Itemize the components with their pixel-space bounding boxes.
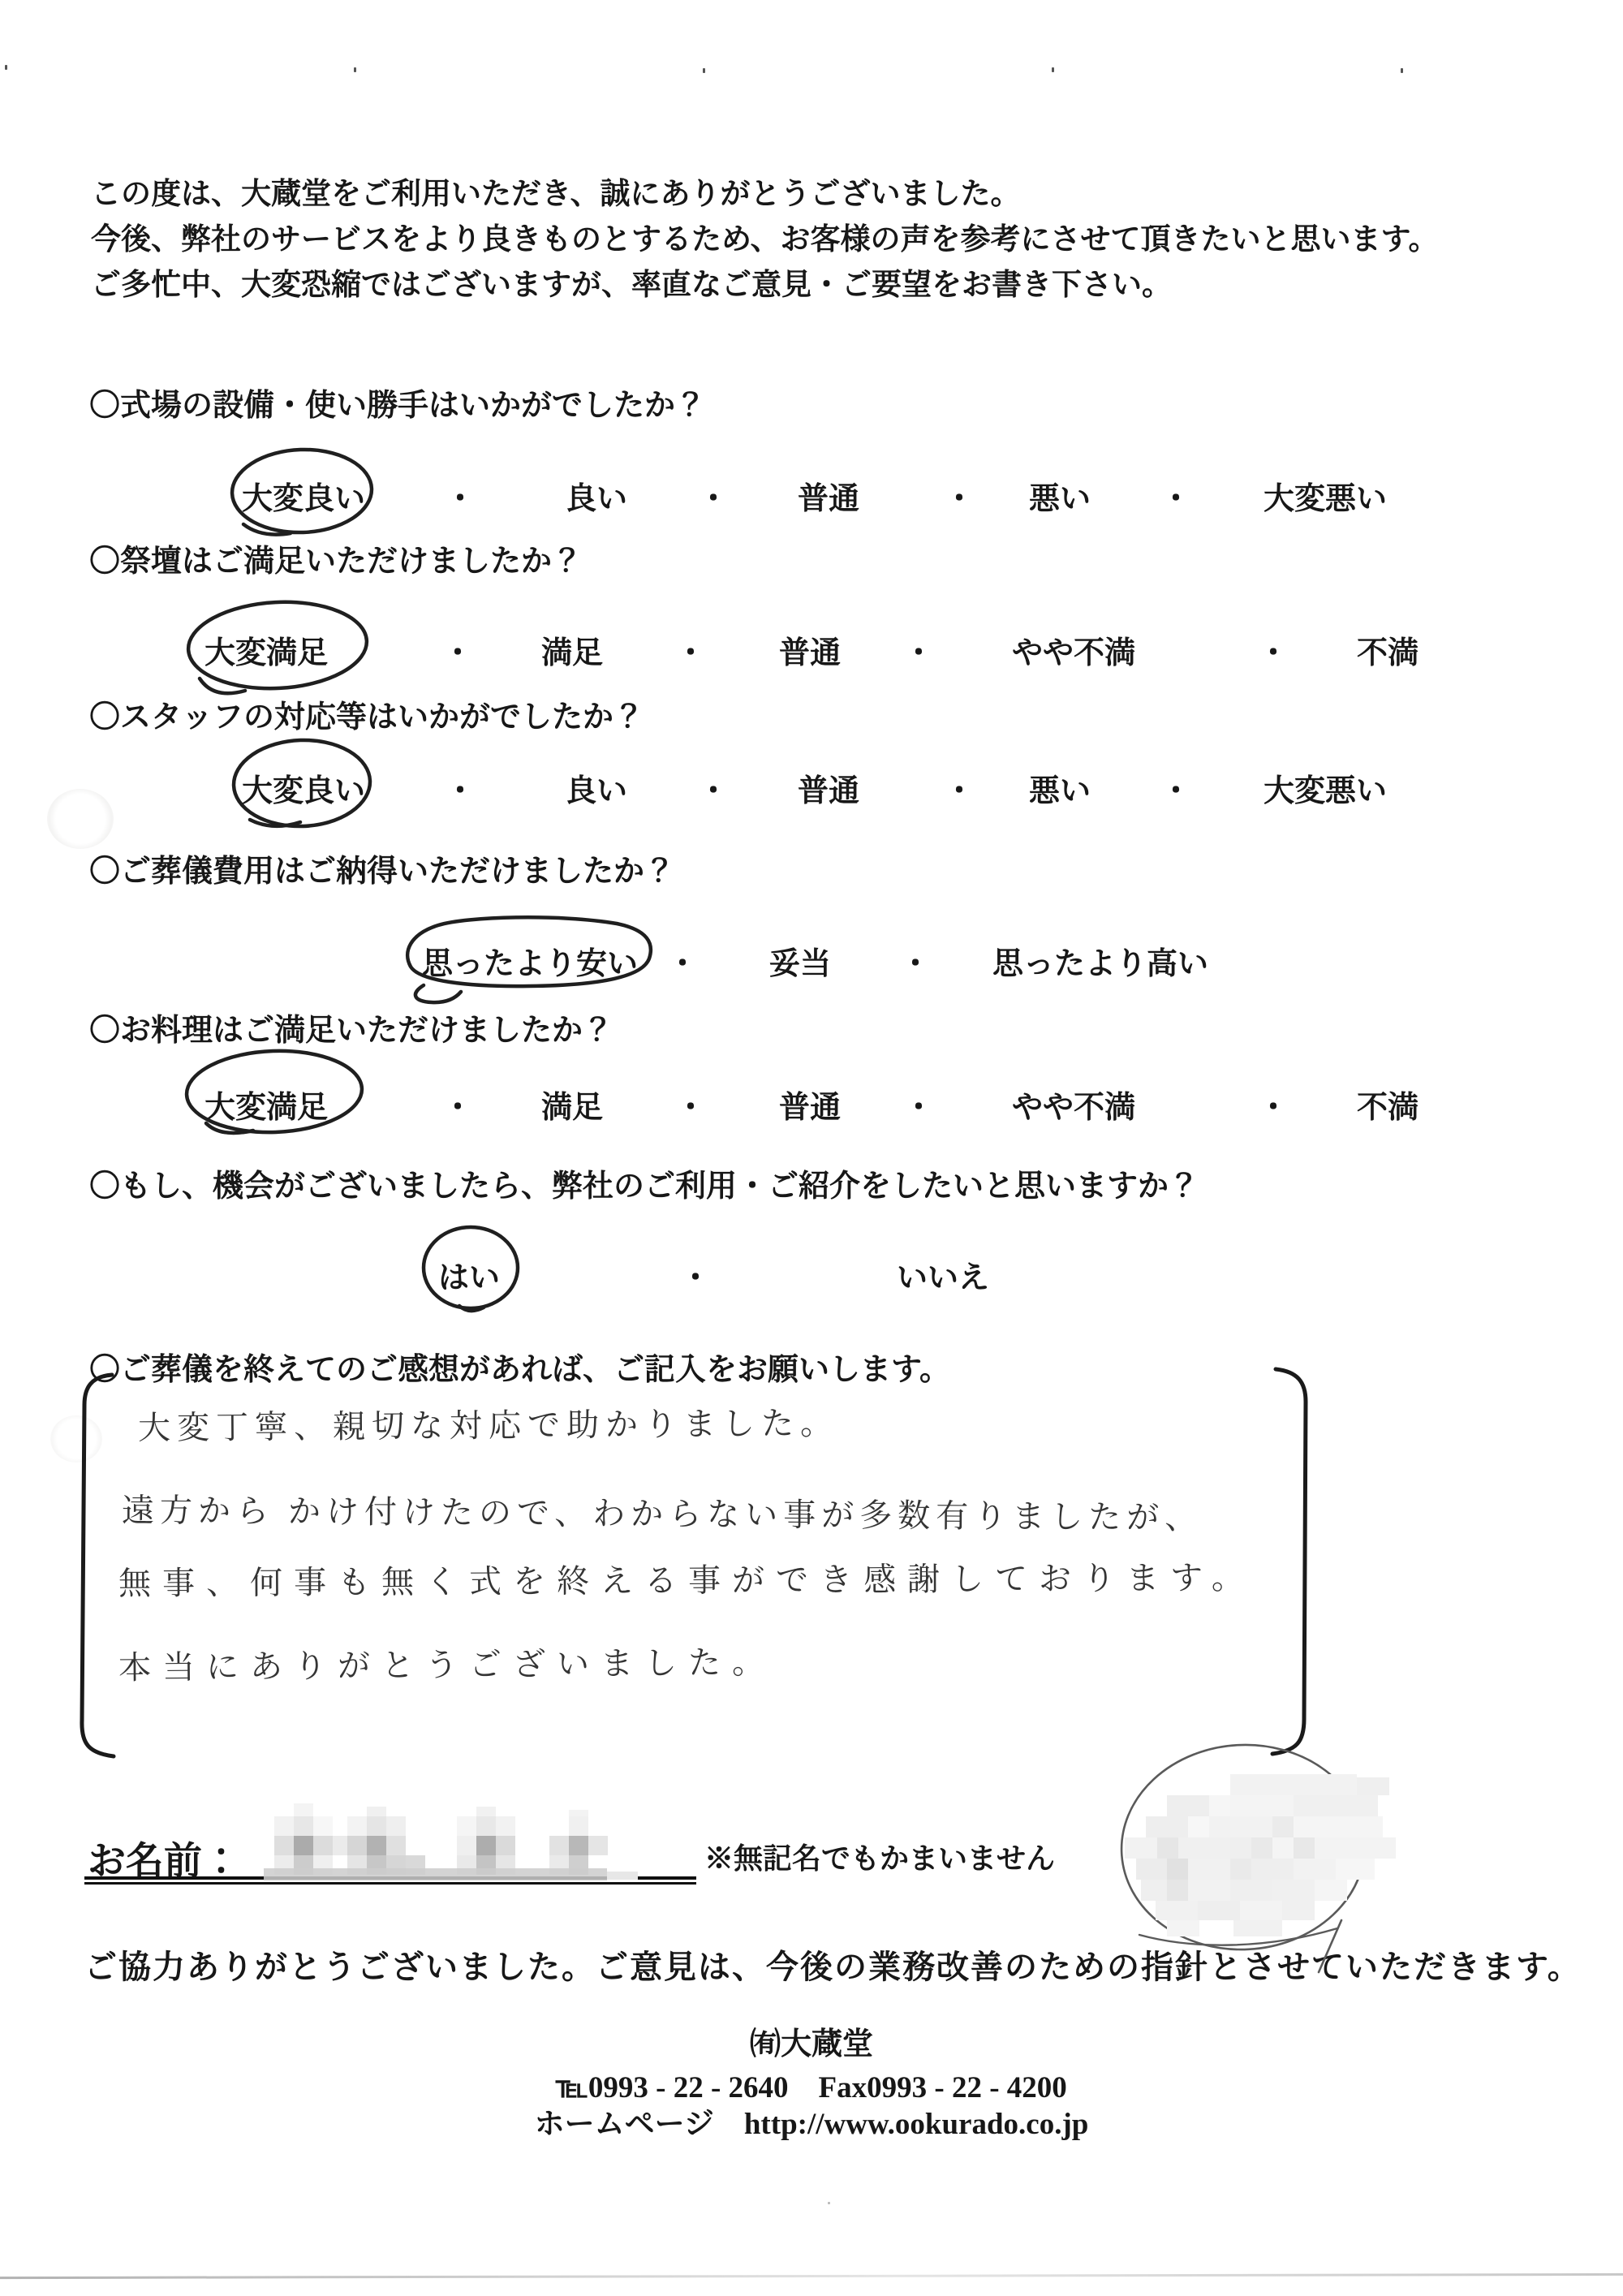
option-separator: ・ [698, 765, 729, 810]
q3-option: 悪い [1029, 765, 1091, 810]
q2-option: 不満 [1357, 627, 1419, 672]
q4-option: 妥当 [769, 938, 831, 983]
q2-option-selected: 大変満足 [204, 627, 328, 672]
q2-option: 満足 [541, 627, 603, 672]
scan-speckle [354, 67, 356, 72]
question-3-heading: 〇スタッフの対応等はいかがでしたか？ [89, 691, 644, 736]
q1-option: 大変悪い [1264, 473, 1387, 518]
question-5-heading: 〇お料理はご満足いただけましたか？ [89, 1005, 613, 1049]
q6-option-selected: はい [438, 1252, 500, 1297]
scan-speckle [1401, 68, 1403, 73]
q5-option: 不満 [1357, 1082, 1419, 1126]
footer-company: ㈲大蔵堂 [0, 2018, 1623, 2063]
intro-line-3: ご多忙中、大変恐縮ではございますが、率直なご意見・ご要望をお書き下さい。 [91, 263, 1439, 308]
option-separator: ・ [442, 627, 473, 672]
q3-option: 良い [566, 765, 627, 810]
option-separator: ・ [675, 1082, 706, 1126]
intro-paragraph: この度は、大蔵堂をご利用いただき、誠にありがとうございました。 今後、弊社のサー… [91, 172, 1439, 308]
handwritten-line-2: 遠方から かけ付けたので、わからない事が多数有りましたが、 [122, 1484, 1203, 1538]
option-separator: ・ [1160, 765, 1191, 810]
question-1-heading: 〇式場の設備・使い勝手はいかがでしたか？ [89, 380, 706, 424]
option-separator: ・ [944, 473, 975, 518]
q2-option: やや不満 [1012, 627, 1135, 672]
option-separator: ・ [1258, 1082, 1289, 1126]
q5-option-selected: 大変満足 [204, 1082, 328, 1126]
option-separator: ・ [1160, 473, 1191, 518]
q6-option: いいえ [897, 1252, 989, 1297]
option-separator: ・ [680, 1252, 711, 1297]
option-separator: ・ [445, 765, 476, 810]
intro-line-1: この度は、大蔵堂をご利用いただき、誠にありがとうございました。 [91, 172, 1439, 218]
option-separator: ・ [667, 938, 698, 983]
q1-option: 普通 [798, 473, 859, 518]
option-separator: ・ [445, 473, 476, 518]
option-separator: ・ [944, 765, 975, 810]
scanned-survey-page: この度は、大蔵堂をご利用いただき、誠にありがとうございました。 今後、弊社のサー… [0, 0, 1623, 2296]
q5-option: やや不満 [1012, 1082, 1135, 1126]
q4-option-selected: 思ったより安い [422, 938, 638, 983]
footer-homepage: ホームページ http://www.ookurado.co.jp [0, 2099, 1623, 2143]
q1-option: 悪い [1029, 473, 1091, 518]
option-separator: ・ [675, 627, 706, 672]
option-separator: ・ [903, 627, 934, 672]
q2-option: 普通 [779, 627, 841, 672]
q5-option: 普通 [779, 1082, 841, 1126]
option-separator: ・ [1258, 627, 1289, 672]
closing-line: ご協力ありがとうございました。ご意見は、今後の業務改善のための指針とさせていただ… [84, 1941, 1582, 1988]
q1-option: 良い [566, 473, 627, 518]
q1-option-selected: 大変良い [242, 473, 365, 518]
option-separator: ・ [442, 1082, 473, 1126]
option-separator: ・ [900, 938, 931, 983]
question-6-heading: 〇もし、機会がございましたら、弊社のご利用・ご紹介をしたいと思いますか？ [89, 1161, 1199, 1205]
handwritten-line-1: 大変丁寧、親切な対応で助かりました。 [138, 1398, 839, 1449]
question-2-heading: 〇祭壇はご満足いただけましたか？ [89, 536, 583, 580]
scan-speckle [1052, 67, 1054, 72]
q4-option: 思ったより高い [992, 938, 1208, 983]
question-7-heading: 〇ご葬儀を終えてのご感想があれば、ご記入をお願いします。 [89, 1344, 950, 1389]
q3-option-selected: 大変良い [242, 765, 365, 810]
option-separator: ・ [903, 1082, 934, 1126]
question-4-heading: 〇ご葬儀費用はご納得いただけましたか？ [89, 846, 675, 890]
option-separator: ・ [698, 473, 729, 518]
handwritten-line-4: 本当にありがとうございました。 [118, 1636, 776, 1688]
hole-punch-shadow [50, 1415, 102, 1462]
scan-speckle [5, 65, 7, 70]
scan-speckle [703, 68, 705, 73]
hole-punch-shadow [47, 789, 114, 849]
scan-speckle [828, 2202, 830, 2204]
scan-edge-line [0, 2273, 1623, 2279]
q3-option: 大変悪い [1264, 765, 1387, 810]
q5-option: 満足 [541, 1082, 603, 1126]
q3-option: 普通 [798, 765, 859, 810]
handwritten-line-3: 無事、何事も無く式を終える事ができ感謝しております。 [118, 1552, 1255, 1604]
intro-line-2: 今後、弊社のサービスをより良きものとするため、お客様の声を参考にさせて頂きたいと… [91, 218, 1439, 263]
comment-bracket-right [1272, 1369, 1306, 1754]
anonymous-note: ※無記名でもかまいません [704, 1836, 1055, 1877]
